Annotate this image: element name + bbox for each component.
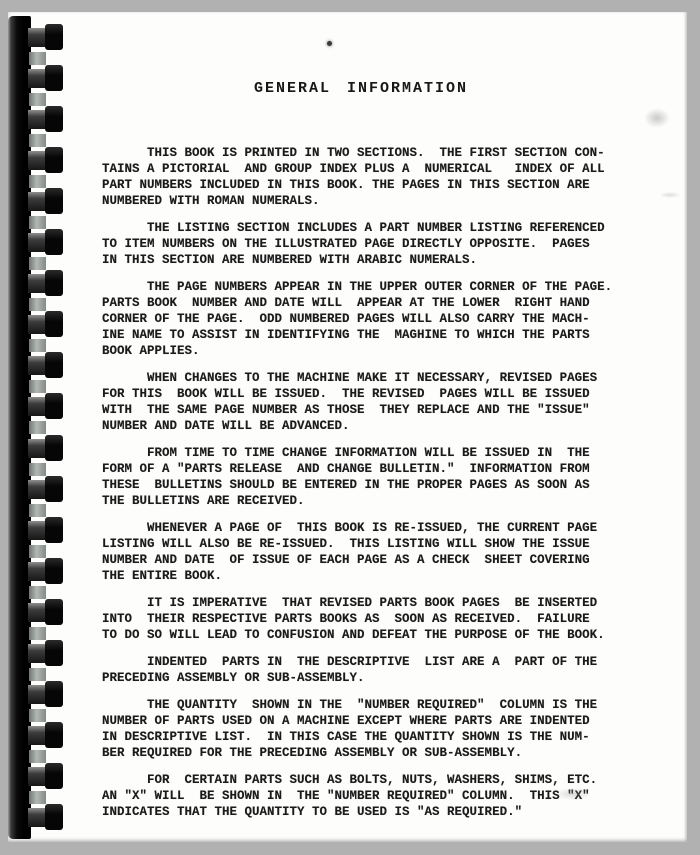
- binding-hole: [29, 791, 46, 804]
- binding-tooth-knob: [45, 270, 63, 296]
- paragraph: INDENTED PARTS IN THE DESCRIPTIVE LIST A…: [102, 654, 620, 686]
- binding-tooth-knob: [45, 558, 63, 584]
- binding-hole: [29, 216, 46, 229]
- binding-hole: [29, 175, 46, 188]
- binding-tooth-knob: [45, 65, 63, 91]
- binding-hole: [29, 52, 46, 65]
- binding-tooth-knob: [45, 722, 63, 748]
- paragraph: THE LISTING SECTION INCLUDES A PART NUMB…: [102, 220, 620, 268]
- binding-hole: [29, 134, 46, 147]
- paragraph: THE PAGE NUMBERS APPEAR IN THE UPPER OUT…: [102, 279, 620, 359]
- scan-smudge: [644, 108, 670, 128]
- binding-hole: [29, 339, 46, 352]
- binding-spine: [8, 16, 31, 839]
- scan-smudge: [660, 192, 680, 198]
- binding-hole: [29, 586, 46, 599]
- binding-tooth-knob: [45, 763, 63, 789]
- scan-smudge: [556, 788, 590, 800]
- paragraph: FOR CERTAIN PARTS SUCH AS BOLTS, NUTS, W…: [102, 772, 620, 820]
- comb-binding: [0, 0, 72, 855]
- binding-tooth-knob: [45, 804, 63, 830]
- binding-tooth-knob: [45, 476, 63, 502]
- paragraph: IT IS IMPERATIVE THAT REVISED PARTS BOOK…: [102, 595, 620, 643]
- paragraph: WHENEVER A PAGE OF THIS BOOK IS RE-ISSUE…: [102, 520, 620, 584]
- binding-hole: [29, 298, 46, 311]
- ink-speck: [327, 41, 332, 46]
- binding-tooth-knob: [45, 147, 63, 173]
- binding-hole: [29, 463, 46, 476]
- binding-hole: [29, 750, 46, 763]
- binding-tooth-knob: [45, 517, 63, 543]
- binding-hole: [29, 545, 46, 558]
- paragraph: THIS BOOK IS PRINTED IN TWO SECTIONS. TH…: [102, 145, 620, 209]
- binding-tooth-knob: [45, 106, 63, 132]
- page-title: GENERAL INFORMATION: [102, 80, 620, 97]
- binding-hole: [29, 421, 46, 434]
- binding-tooth-knob: [45, 24, 63, 50]
- binding-hole: [29, 504, 46, 517]
- binding-tooth-knob: [45, 599, 63, 625]
- binding-tooth-knob: [45, 311, 63, 337]
- page-content: GENERAL INFORMATION THIS BOOK IS PRINTED…: [102, 80, 620, 831]
- binding-tooth-knob: [45, 229, 63, 255]
- scanned-photo-frame: GENERAL INFORMATION THIS BOOK IS PRINTED…: [0, 0, 700, 855]
- binding-tooth-knob: [45, 393, 63, 419]
- binding-hole: [29, 627, 46, 640]
- binding-hole: [29, 380, 46, 393]
- paragraph: THE QUANTITY SHOWN IN THE "NUMBER REQUIR…: [102, 697, 620, 761]
- document-page: GENERAL INFORMATION THIS BOOK IS PRINTED…: [8, 12, 687, 842]
- binding-tooth-knob: [45, 435, 63, 461]
- binding-tooth-knob: [45, 352, 63, 378]
- binding-tooth-knob: [45, 640, 63, 666]
- binding-tooth-knob: [45, 681, 63, 707]
- paragraph: WHEN CHANGES TO THE MACHINE MAKE IT NECE…: [102, 370, 620, 434]
- binding-hole: [29, 257, 46, 270]
- paragraph: FROM TIME TO TIME CHANGE INFORMATION WIL…: [102, 445, 620, 509]
- binding-tooth-knob: [45, 188, 63, 214]
- binding-hole: [29, 668, 46, 681]
- binding-hole: [29, 709, 46, 722]
- binding-hole: [29, 93, 46, 106]
